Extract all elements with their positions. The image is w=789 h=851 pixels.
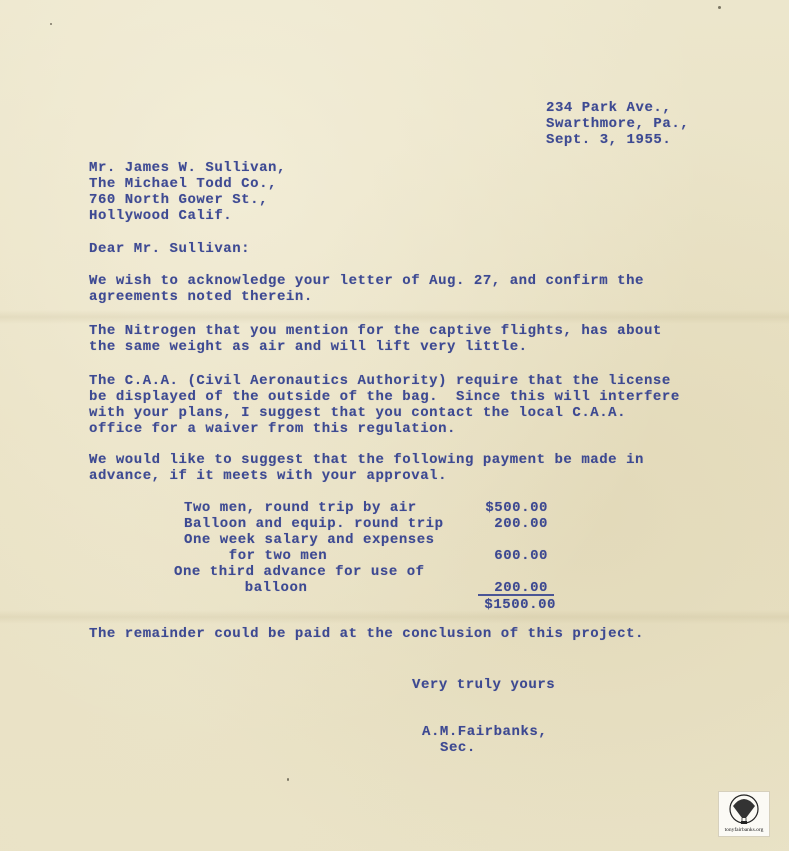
payment-total: $1500.00 [466,597,556,613]
payment-item-amount: $500.00 [458,500,548,516]
letter-date: Sept. 3, 1955. [546,132,689,148]
payment-item-label: Balloon and equip. round trip [184,516,444,532]
paper-speck [287,778,289,781]
paper-speck [718,6,721,9]
paragraph-line: We would like to suggest that the follow… [89,452,644,468]
paragraph-line: office for a waiver from this regulation… [89,421,680,437]
recipient-city: Hollywood Calif. [89,208,286,224]
payment-item-label: One week salary and expenses [184,532,435,548]
paragraph-caa: The C.A.A. (Civil Aeronautics Authority)… [89,373,680,437]
total-rule [478,594,554,596]
salutation: Dear Mr. Sullivan: [89,241,250,257]
paragraph-line: We wish to acknowledge your letter of Au… [89,273,644,289]
recipient-street: 760 North Gower St., [89,192,286,208]
balloon-icon [719,792,769,828]
payment-item-amount: 200.00 [458,516,548,532]
payment-item-label: for two men [184,548,327,564]
valediction: Very truly yours [412,677,555,693]
paragraph-acknowledge: We wish to acknowledge your letter of Au… [89,273,644,305]
payment-item-label: Two men, round trip by air [184,500,417,516]
payment-item-amount: 600.00 [458,548,548,564]
sender-city: Swarthmore, Pa., [546,116,689,132]
sender-street: 234 Park Ave., [546,100,689,116]
recipient-company: The Michael Todd Co., [89,176,286,192]
recipient-name: Mr. James W. Sullivan, [89,160,286,176]
payment-item-label: One third advance for use of [174,564,425,580]
paragraph-line: The C.A.A. (Civil Aeronautics Authority)… [89,373,680,389]
paragraph-line: The Nitrogen that you mention for the ca… [89,323,662,339]
watermark-logo: tonyfairbanks.org [718,791,770,837]
paragraph-line: the same weight as air and will lift ver… [89,339,662,355]
signature-title: Sec. [440,740,476,756]
paragraph-nitrogen: The Nitrogen that you mention for the ca… [89,323,662,355]
paper-fold [0,310,789,324]
paragraph-line: advance, if it meets with your approval. [89,468,644,484]
paragraph-payment: We would like to suggest that the follow… [89,452,644,484]
paragraph-line: be displayed of the outside of the bag. … [89,389,680,405]
paper-speck [50,23,52,25]
paragraph-line: with your plans, I suggest that you cont… [89,405,680,421]
payment-item-label: balloon [200,580,307,596]
paragraph-line: agreements noted therein. [89,289,644,305]
recipient-address: Mr. James W. Sullivan,The Michael Todd C… [89,160,286,224]
paper-fold [0,610,789,624]
closing-paragraph: The remainder could be paid at the concl… [89,626,644,642]
watermark-site: tonyfairbanks.org [720,827,768,833]
signature-name: A.M.Fairbanks, [422,724,547,740]
sender-address: 234 Park Ave.,Swarthmore, Pa.,Sept. 3, 1… [546,100,689,148]
